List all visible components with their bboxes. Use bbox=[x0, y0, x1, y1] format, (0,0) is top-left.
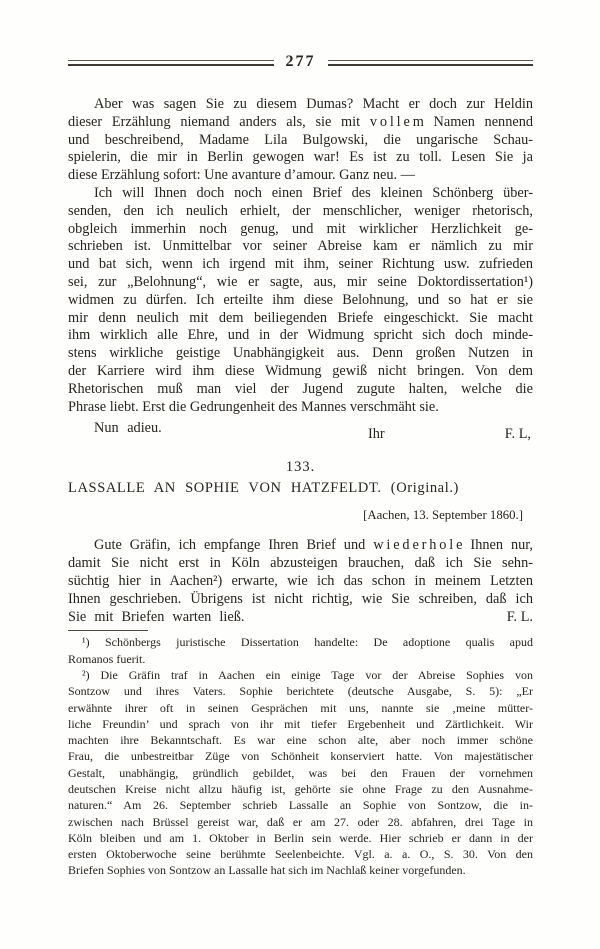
text-line: diese Erzählung sofort: Une avanture d’a… bbox=[68, 167, 533, 185]
letter-133-signature: F. L. bbox=[507, 609, 533, 627]
header-rule-right bbox=[328, 60, 534, 66]
text-line: machten ihre Bekanntschaft. Es war eine … bbox=[68, 732, 533, 748]
text-line: zwischen nach Brüssel gereist war, daß e… bbox=[68, 814, 533, 830]
letter-132-paragraph-2: Ich will Ihnen doch noch einen Brief des… bbox=[68, 185, 533, 416]
section-number: 133. bbox=[68, 458, 533, 476]
letter-133: 133. LASSALLE AN SOPHIE VON HATZFELDT. (… bbox=[68, 458, 533, 626]
text-line: spielerin, die mir in Berlin gewogen war… bbox=[68, 149, 533, 167]
page-number: 277 bbox=[286, 56, 316, 68]
text-line: stens wirkliche geistige Unabhängigkeit … bbox=[68, 345, 533, 363]
closing-ihr: Ihr bbox=[368, 426, 385, 444]
page-header: 277 bbox=[68, 57, 533, 69]
text-line: ihm wirklich alle Ehre, und in der Widmu… bbox=[68, 327, 533, 345]
text-line: Phrase liebt. Erst die Gedrungenheit des… bbox=[68, 399, 533, 417]
text-line: Gute Gräfin, ich empfange Ihren Brief un… bbox=[68, 537, 533, 555]
book-page: 277 Aber was sagen Sie zu diesem Dumas? … bbox=[0, 0, 600, 949]
text-line: senden, den ich neulich erhielt, der men… bbox=[68, 203, 533, 221]
last-line-text: Sie mit Briefen warten ließ. bbox=[68, 609, 244, 627]
letter-133-last-line: Sie mit Briefen warten ließ. F. L. bbox=[68, 609, 533, 627]
footnote-separator bbox=[68, 630, 148, 631]
text-line: ²) Die Gräfin traf in Aachen ein einige … bbox=[68, 667, 533, 683]
text-line: dieser Erzählung niemand anders als, sie… bbox=[68, 114, 533, 132]
letter-132-closing: Nun adieu. Ihr F. L, bbox=[68, 418, 533, 444]
text-line: Sontzow und ihres Vaters. Sophie bericht… bbox=[68, 683, 533, 699]
text-line: mir denn neulich mit dem beiliegenden Br… bbox=[68, 310, 533, 328]
text-line: und beschreibend, Madame Lila Bulgowski,… bbox=[68, 132, 533, 150]
text-line: süchtig hier in Aachen²) erwarte, wie ic… bbox=[68, 573, 533, 591]
header-rule-left bbox=[68, 60, 274, 66]
letter-132-paragraph-1: Aber was sagen Sie zu diesem Dumas? Mach… bbox=[68, 96, 533, 185]
text-line: deutschen Kreise nicht allzu häufig ist,… bbox=[68, 781, 533, 797]
text-line: ersten Oktoberwoche seine berühmte Seele… bbox=[68, 846, 533, 862]
text-line: Aber was sagen Sie zu diesem Dumas? Mach… bbox=[68, 96, 533, 114]
text-line: Romanos fuerit. bbox=[68, 651, 533, 667]
text-line: erwähnte ihrer oft in seinen Gesprächen … bbox=[68, 700, 533, 716]
text-line: damit Sie nicht erst in Köln abzusteigen… bbox=[68, 555, 533, 573]
text-line: ¹) Schönbergs juristische Dissertation h… bbox=[68, 634, 533, 650]
text-line: liche Freundin’ und sprach von ihr mit t… bbox=[68, 716, 533, 732]
section-title: LASSALLE AN SOPHIE VON HATZFELDT. (Origi… bbox=[68, 479, 533, 498]
letter-133-paragraph: Gute Gräfin, ich empfange Ihren Brief un… bbox=[68, 537, 533, 608]
text-line: Köln bleiben und am 1. Oktober in Berlin… bbox=[68, 830, 533, 846]
closing-signature: F. L, bbox=[505, 426, 531, 444]
text-line: Rhetorischen muß man viel der Jugend zug… bbox=[68, 381, 533, 399]
text-line: schrieben ist. Unmittelbar vor seiner Ab… bbox=[68, 238, 533, 256]
text-line: und bat sich, wenn ich irgend mit ihm, s… bbox=[68, 256, 533, 274]
text-line: Briefen Sophies von Sontzow an Lassalle … bbox=[68, 862, 533, 878]
footnote-1: ¹) Schönbergs juristische Dissertation h… bbox=[68, 634, 533, 667]
text-line: der Karriere wird ihm diese Widmung gewi… bbox=[68, 363, 533, 381]
text-line: Gestalt, unabhängig, gründlich gebildet,… bbox=[68, 765, 533, 781]
text-line: obgleich immerhin noch genug, und mit wi… bbox=[68, 221, 533, 239]
text-line: Frau, die unbestreitbar Züge von Schönhe… bbox=[68, 748, 533, 764]
dateline: [Aachen, 13. September 1860.] bbox=[68, 507, 533, 523]
text-line: widmen zu dürfen. Ich erteilte ihm diese… bbox=[68, 292, 533, 310]
footnote-2: ²) Die Gräfin traf in Aachen ein einige … bbox=[68, 667, 533, 879]
page-content: Aber was sagen Sie zu diesem Dumas? Mach… bbox=[68, 96, 533, 879]
text-line: Ihnen geschrieben. Übrigens ist nicht ri… bbox=[68, 591, 533, 609]
text-line: naturen.“ Am 26. September schrieb Lassa… bbox=[68, 797, 533, 813]
text-line: Ich will Ihnen doch noch einen Brief des… bbox=[68, 185, 533, 203]
farewell-text: Nun adieu. bbox=[94, 420, 162, 438]
footnotes: ¹) Schönbergs juristische Dissertation h… bbox=[68, 630, 533, 878]
letter-132: Aber was sagen Sie zu diesem Dumas? Mach… bbox=[68, 96, 533, 444]
text-line: sei, zur „Belohnung“, wie er sagte, aus,… bbox=[68, 274, 533, 292]
